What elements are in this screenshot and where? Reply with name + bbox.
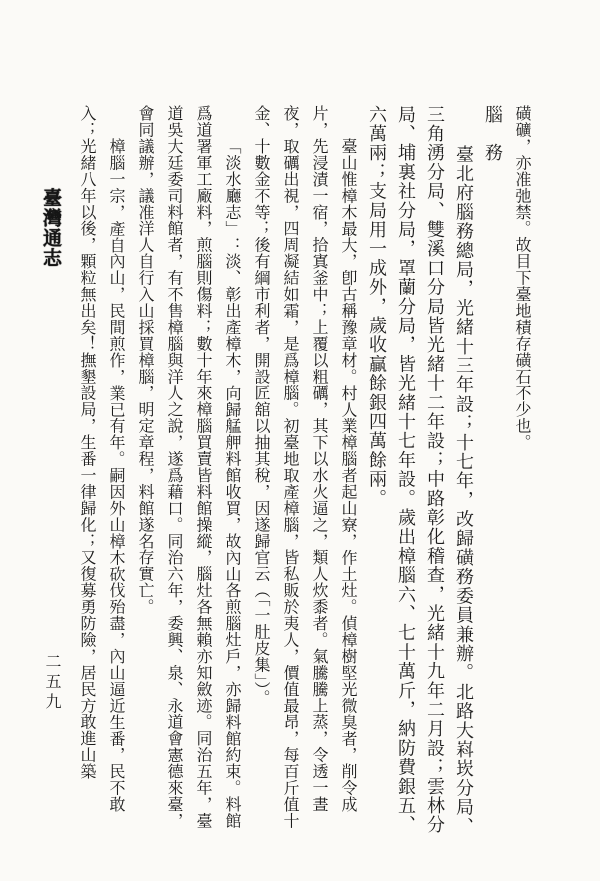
paragraph-camphor-production: 臺山惟樟木最大，卽古稱豫章材。村人業樟腦者起山寮，作土灶。偵樟樹堅光微臭者，削令…	[246, 105, 362, 845]
text-block: 磺礦，亦准弛禁。故目下臺地積存磺石不少也。 腦務 臺北府腦務總局，光緒十三年設；…	[72, 105, 536, 845]
running-title-taiwan-tongzhi: 臺灣通志	[37, 188, 64, 268]
paragraph-camphor-inner-mountains: 樟腦一宗，產自內山，民間煎作，業已有年。嗣因外山樟木砍伐殆盡，內山逼近生番，民不…	[72, 105, 130, 845]
section-heading-camphor-affairs: 腦務	[478, 105, 507, 845]
page-number: 二五九	[40, 653, 63, 713]
book-page: 磺礦，亦准弛禁。故目下臺地積存磺石不少也。 腦務 臺北府腦務總局，光緒十三年設；…	[0, 0, 600, 881]
paragraph-sulphur-tail: 磺礦，亦准弛禁。故目下臺地積存磺石不少也。	[507, 105, 536, 845]
paragraph-danshui-gazetteer-quote: 「淡水廳志」：淡、彰出產樟木，向歸艋舺料館收買，故內山各煎腦灶戶，亦歸料館約束。…	[130, 105, 246, 845]
paragraph-camphor-bureaus: 臺北府腦務總局，光緒十三年設；十七年，改歸磺務委員兼辦。北路大嵙崁分局、三角湧分…	[362, 105, 478, 845]
